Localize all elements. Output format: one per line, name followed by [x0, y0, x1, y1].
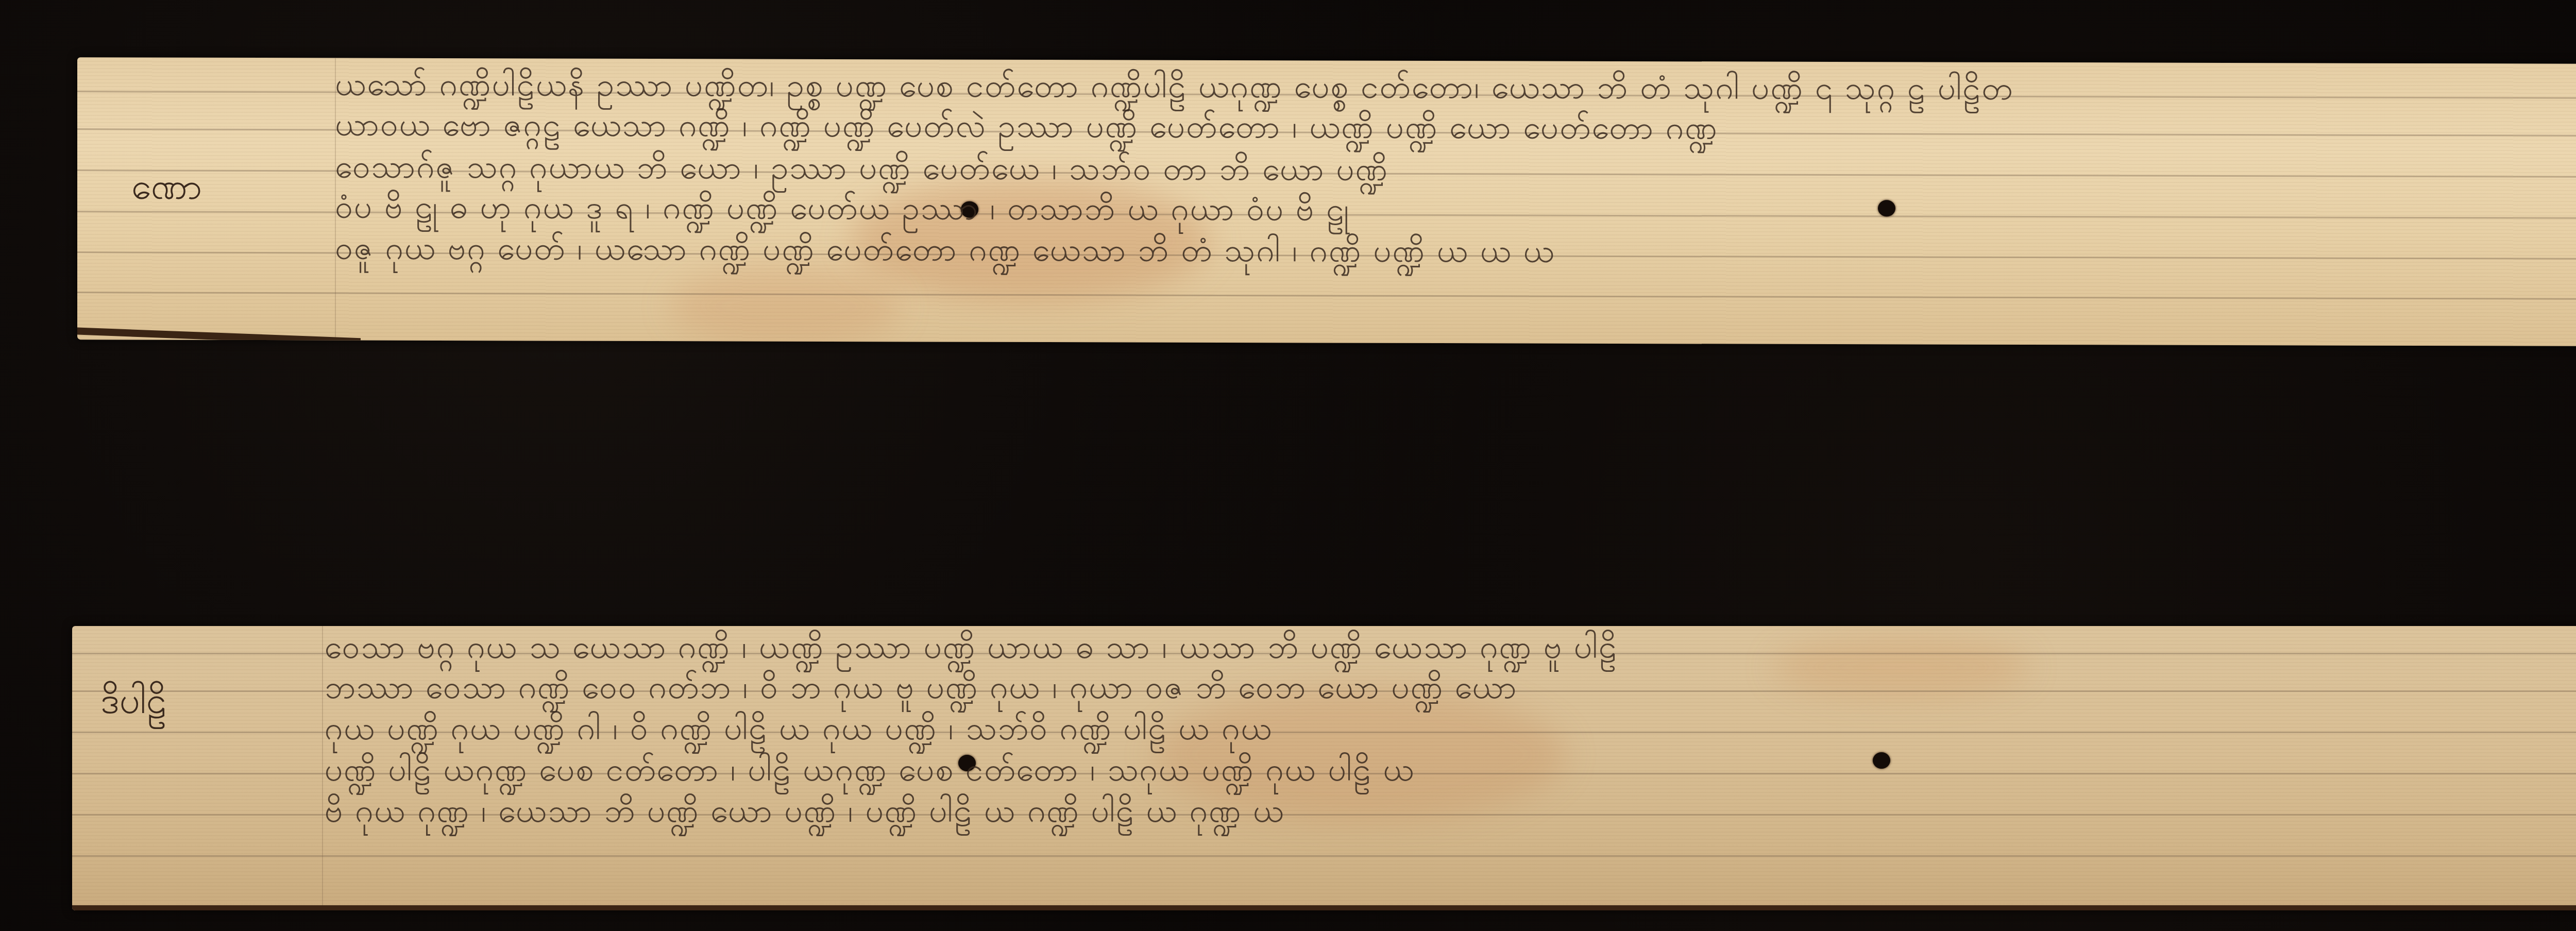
text-line: ဗိ ဂုယ ဂုဏ္ဍ ၊ ယေသာ ဘိ ပဏ္ဍိ ယော ပဏ္ဍိ ၊…	[325, 791, 1285, 838]
damaged-edge	[72, 905, 2576, 910]
margin-rule	[322, 626, 323, 910]
leaf-number-label: ဒိပါဠိ	[100, 683, 166, 719]
palm-leaf-bottom: ဒိပါဠိ ဝေသာ ဗဂ္ဂ ဂုယ သ ယေသာ ဂဏ္ဍိ ၊ ယဏ္ဍ…	[72, 626, 2576, 910]
text-line: ပဏ္ဍိ ပါဠိ ယဂုဏ္ဍ ပေစ ငတ်တော ၊ ပါဠိ ယဂုဏ…	[325, 750, 1415, 797]
leaf-number-label: ဏော	[131, 168, 202, 204]
string-hole	[1878, 200, 1895, 216]
ruling-line	[72, 855, 2576, 857]
palm-leaf-top: ဏော ယသော် ဂဏ္ဍိပါဠိယနိ ဥဿာ ပဏ္ဍိတ၊ ဥစ္စ …	[77, 57, 2576, 347]
text-line: ဂုယ ပဏ္ဍိ ဂုယ ပဏ္ဍိ ဂါ ၊ ဝိ ဂဏ္ဍိ ပါဠိ ယ…	[325, 708, 1273, 755]
text-line: ဝဇူ ဂုယ ဗဂ္ဂ ပေတ် ၊ ယသော ဂဏ္ဍိ ပဏ္ဍိ ပေတ…	[335, 228, 1555, 278]
stain	[1772, 636, 2030, 698]
string-hole	[1873, 752, 1890, 769]
text-line: ဘဿာ ဝေသာ ဂဏ္ဍိ ဝေဝ ဂတ်ဘ ၊ ဝိ ဘ ဂုယ ဗူ ပဏ…	[325, 667, 1517, 714]
stain	[670, 265, 902, 347]
